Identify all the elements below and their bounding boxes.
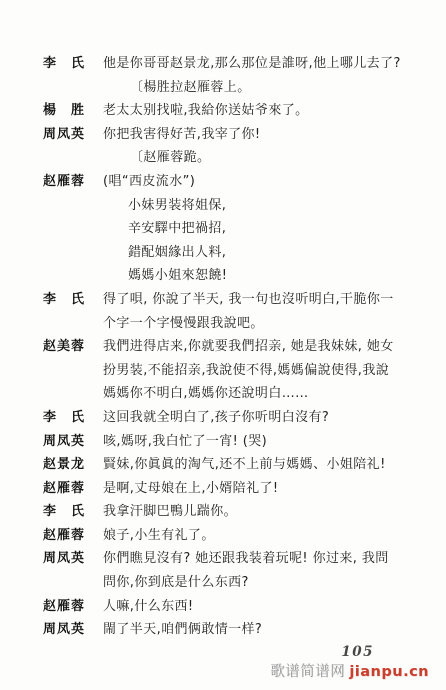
lyric-line: 錯配姻緣出人料, xyxy=(43,241,428,265)
line-text: 閙了半天,咱們俩敢情一样? xyxy=(103,622,262,637)
line-text: 老太太别找啦,我給你送姑爷來了。 xyxy=(103,103,309,118)
line-text: (唱“西皮流水”) xyxy=(103,174,195,189)
speaker-name: 楊 胜 xyxy=(43,99,103,123)
continuation-line: 个字一个字慢慢跟我說吧。 xyxy=(43,312,428,336)
dialogue-line: 李 氏这回我就全明白了,孩子你听明白沒有? xyxy=(43,406,428,430)
script-page: 李 氏他是你哥哥赵景龙,那么那位是誰呀,他上哪儿去了?〔楊胜拉赵雁蓉上。楊 胜老… xyxy=(0,0,446,690)
dialogue-line: 赵雁蓉娘子,小生有礼了。 xyxy=(43,524,428,548)
line-text: 〔赵雁蓉跪。 xyxy=(43,150,210,165)
speaker-name: 周凤英 xyxy=(43,430,103,454)
speaker-name: 赵美蓉 xyxy=(43,335,103,359)
watermark: 歌谱简谱网jianpu.cn xyxy=(270,660,429,681)
line-text: 是啊,丈母娘在上,小婿陪礼了! xyxy=(103,481,278,496)
line-text: 人嘛,什么东西! xyxy=(103,599,194,614)
speaker-name: 李 氏 xyxy=(43,406,103,430)
speaker-name: 赵雁蓉 xyxy=(43,170,103,194)
dialogue-line: 周凤英閙了半天,咱們俩敢情一样? xyxy=(43,618,428,642)
speaker-name: 周凤英 xyxy=(43,547,103,571)
dialogue-line: 赵雁蓉(唱“西皮流水”) xyxy=(43,170,428,194)
speaker-name: 周凤英 xyxy=(43,123,103,147)
line-text: 你們瞧見沒有? 她还跟我装着玩呢! 你过来, 我問 xyxy=(103,551,389,566)
line-text: 个字一个字慢慢跟我說吧。 xyxy=(43,316,264,331)
dialogue-line: 李 氏我拿汗脚巴鴨儿踹你。 xyxy=(43,500,428,524)
line-text: 我拿汗脚巴鴨儿踹你。 xyxy=(103,504,237,519)
line-text: 扮男装,不能招亲,我說使不得,媽媽偏說使得,我說 xyxy=(43,363,389,378)
dialogue-line: 赵雁蓉是啊,丈母娘在上,小婿陪礼了! xyxy=(43,477,428,501)
line-text: 媽媽小姐來恕饒! xyxy=(43,268,227,283)
dialogue-line: 李 氏得了唄, 你說了半天, 我一句也沒听明白,干脆你一 xyxy=(43,288,428,312)
dialogue-line: 楊 胜老太太别找啦,我給你送姑爷來了。 xyxy=(43,99,428,123)
speaker-name: 李 氏 xyxy=(43,288,103,312)
speaker-name: 赵雁蓉 xyxy=(43,477,103,501)
line-text: 娘子,小生有礼了。 xyxy=(103,528,215,543)
dialogue-line: 周凤英你把我害得好苦,我宰了你! xyxy=(43,123,428,147)
stage-direction: 〔赵雁蓉跪。 xyxy=(43,146,428,170)
script-text: 李 氏他是你哥哥赵景龙,那么那位是誰呀,他上哪儿去了?〔楊胜拉赵雁蓉上。楊 胜老… xyxy=(43,52,428,642)
line-text: 我們进得店来,你就要我們招亲, 她是我妹妹, 她女 xyxy=(103,339,394,354)
line-text: 得了唄, 你說了半天, 我一句也沒听明白,干脆你一 xyxy=(103,292,394,307)
watermark-site-url: jianpu.cn xyxy=(349,664,429,680)
line-text: 小妹男装将姐保, xyxy=(43,198,226,213)
continuation-line: 問你,你到底是什么东西? xyxy=(43,571,428,595)
speaker-name: 赵雁蓉 xyxy=(43,595,103,619)
continuation-line: 媽媽你不明白,媽媽你还說明白…… xyxy=(43,382,428,406)
dialogue-line: 李 氏他是你哥哥赵景龙,那么那位是誰呀,他上哪儿去了? xyxy=(43,52,428,76)
lyric-line: 小妹男装将姐保, xyxy=(43,194,428,218)
watermark-site-name: 歌谱简谱网 xyxy=(270,664,345,680)
speaker-name: 赵雁蓉 xyxy=(43,524,103,548)
line-text: 錯配姻緣出人料, xyxy=(43,245,226,260)
line-text: 媽媽你不明白,媽媽你还說明白…… xyxy=(43,386,309,401)
lyric-line: 媽媽小姐來恕饒! xyxy=(43,264,428,288)
line-text: 〔楊胜拉赵雁蓉上。 xyxy=(43,80,251,95)
line-text: 咳,媽呀,我白忙了一宵! (哭) xyxy=(103,434,267,449)
stage-direction: 〔楊胜拉赵雁蓉上。 xyxy=(43,76,428,100)
continuation-line: 扮男装,不能招亲,我說使不得,媽媽偏說使得,我說 xyxy=(43,359,428,383)
speaker-name: 李 氏 xyxy=(43,500,103,524)
speaker-name: 赵景龙 xyxy=(43,453,103,477)
line-text: 你把我害得好苦,我宰了你! xyxy=(103,127,261,142)
dialogue-line: 赵雁蓉人嘛,什么东西! xyxy=(43,595,428,619)
page-number: 105 xyxy=(341,644,374,660)
line-text: 他是你哥哥赵景龙,那么那位是誰呀,他上哪儿去了? xyxy=(103,56,401,71)
dialogue-line: 赵景龙賢妹,你眞眞的淘气,还不上前与媽媽、小姐陪礼! xyxy=(43,453,428,477)
dialogue-line: 赵美蓉我們进得店来,你就要我們招亲, 她是我妹妹, 她女 xyxy=(43,335,428,359)
line-text: 这回我就全明白了,孩子你听明白沒有? xyxy=(103,410,329,425)
dialogue-line: 周凤英你們瞧見沒有? 她还跟我装着玩呢! 你过来, 我問 xyxy=(43,547,428,571)
speaker-name: 周凤英 xyxy=(43,618,103,642)
lyric-line: 辛安驛中把禍招, xyxy=(43,217,428,241)
line-text: 問你,你到底是什么东西? xyxy=(43,575,249,590)
dialogue-line: 周凤英咳,媽呀,我白忙了一宵! (哭) xyxy=(43,430,428,454)
speaker-name: 李 氏 xyxy=(43,52,103,76)
line-text: 辛安驛中把禍招, xyxy=(43,221,226,236)
line-text: 賢妹,你眞眞的淘气,还不上前与媽媽、小姐陪礼! xyxy=(103,457,386,472)
